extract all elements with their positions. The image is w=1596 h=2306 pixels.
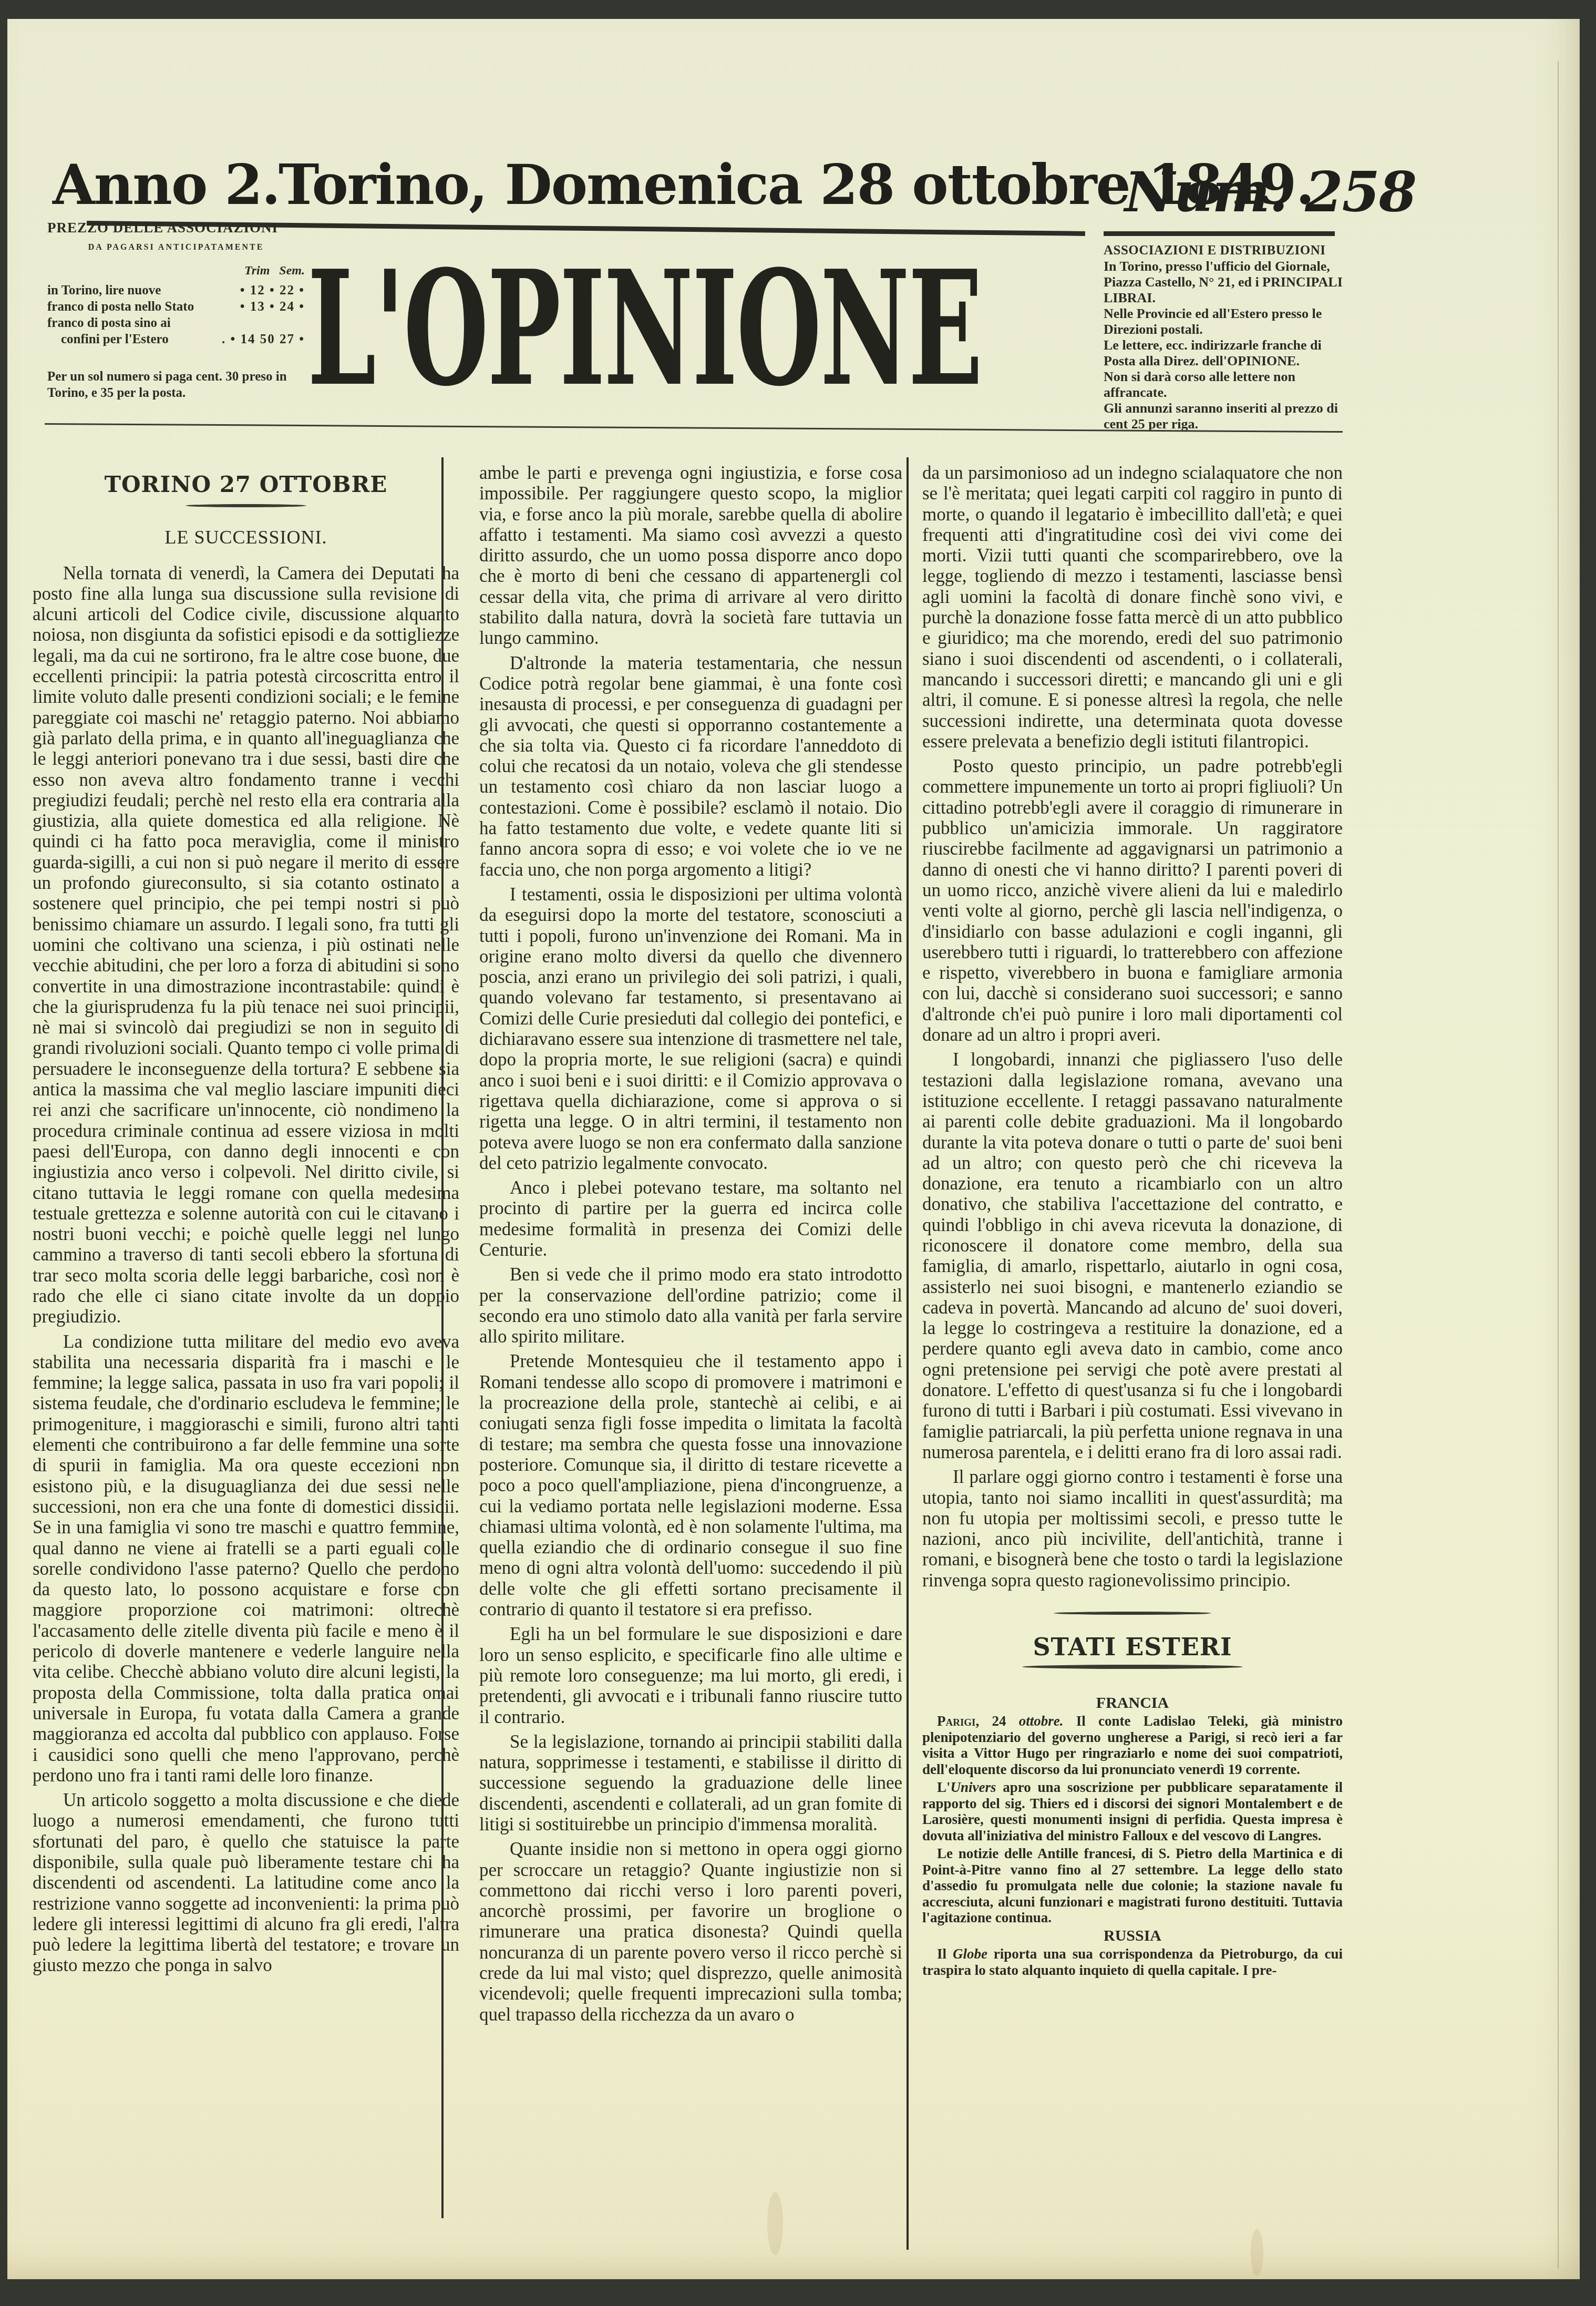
- price-label: confini per l'Estero: [61, 331, 169, 347]
- article-paragraph: I testamenti, ossia le disposizioni per …: [479, 884, 902, 1173]
- dateline: Anno 2. Torino, Domenica 28 ottobre 1849…: [53, 152, 1351, 221]
- divider-ornament: [1022, 1665, 1243, 1669]
- article-paragraph: La condizione tutta militare del medio e…: [33, 1331, 459, 1786]
- price-label: franco di posta sino ai: [47, 315, 171, 331]
- price-row: confini per l'Estero. • 14 50 27 •: [47, 331, 305, 347]
- column-2: ambe le parti e prevenga ogni ingiustizi…: [479, 463, 902, 2029]
- article-paragraph: da un parsimonioso ad un indegno scialaq…: [922, 463, 1343, 752]
- news-paragraph: Il Globe riporta una sua corrispondenza …: [922, 1946, 1343, 1978]
- lead: Il: [937, 1946, 946, 1962]
- news-paragraph: L'Univers apro una soscrizione per pubbl…: [922, 1779, 1343, 1843]
- article-paragraph: Ben si vede che il primo modo era stato …: [479, 1264, 902, 1347]
- country-heading: RUSSIA: [922, 1928, 1343, 1944]
- paper-stain: [767, 2192, 783, 2255]
- issue-number: Num. 258: [1125, 160, 1416, 224]
- price-label: in Torino, lire nuove: [47, 282, 161, 299]
- section-divider-ornament: [186, 504, 306, 507]
- paper-stain: [1251, 2229, 1263, 2276]
- article-paragraph: Nella tornata di venerdì, la Camera dei …: [33, 563, 459, 1327]
- news-paragraph: Parigi, 24 ottobre. Il conte Ladislao Te…: [922, 1713, 1343, 1777]
- prices-subheading: DA PAGARSI ANTICIPATAMENTE: [47, 239, 305, 255]
- publication-name: Globe: [953, 1946, 987, 1962]
- column-divider: [907, 457, 909, 2250]
- subscription-info: ASSOCIAZIONI E DISTRIBUZIONI In Torino, …: [1104, 243, 1351, 432]
- news-text: Le notizie delle Antille francesi, di S.…: [922, 1846, 1343, 1925]
- assoc-line: Gli annunzi saranno inseriti al prezzo d…: [1104, 401, 1351, 432]
- newspaper-title: L'OPINIONE: [307, 239, 793, 418]
- column-1: TORINO 27 OTTOBRE LE SUCCESSIONI. Nella …: [33, 463, 459, 1980]
- foreign-news: STATI ESTERI FRANCIA Parigi, 24 ottobre.…: [922, 1612, 1343, 1978]
- price-values: • 13 • 24 •: [240, 299, 305, 315]
- assoc-line: Nelle Provincie ed all'Estero presso le …: [1104, 306, 1351, 337]
- article-paragraph: Quante insidie non si mettono in opera o…: [479, 1839, 902, 2025]
- column-3: da un parsimonioso ad un indegno scialaq…: [922, 463, 1343, 1980]
- prices-columns: Trim Sem.: [47, 263, 305, 279]
- price-row: in Torino, lire nuove• 12 • 22 •: [47, 282, 305, 299]
- article-paragraph: Il parlare oggi giorno contro i testamen…: [922, 1467, 1343, 1591]
- divider-ornament: [1054, 1612, 1211, 1615]
- col-sem: Sem.: [279, 264, 305, 278]
- assoc-line: Non si darà corso alle lettere non affra…: [1104, 369, 1351, 401]
- masthead-rule-top-right: [1104, 231, 1335, 236]
- article-paragraph: I longobardi, innanzi che pigliassero l'…: [922, 1049, 1343, 1462]
- article-paragraph: ambe le parti e prevenga ogni ingiustizi…: [479, 463, 902, 649]
- price-row: franco di posta sino ai: [47, 315, 305, 331]
- col-trim: Trim: [244, 264, 270, 278]
- price-label: franco di posta nello Stato: [47, 299, 194, 315]
- assoc-heading: ASSOCIAZIONI E DISTRIBUZIONI: [1104, 243, 1351, 259]
- article-paragraph: Se la legislazione, tornando ai principi…: [479, 1731, 902, 1834]
- country-heading: FRANCIA: [922, 1695, 1343, 1711]
- article-title: LE SUCCESSIONI.: [33, 527, 459, 548]
- dateline-lead: Parigi, 24: [937, 1713, 1006, 1729]
- single-issue-price: Per un sol numero si paga cent. 30 preso…: [47, 368, 305, 401]
- article-paragraph: Anco i plebei potevano testare, ma solta…: [479, 1177, 902, 1260]
- price-values: • 12 • 22 •: [240, 282, 305, 299]
- news-paragraph: Le notizie delle Antille francesi, di S.…: [922, 1846, 1343, 1926]
- lead: L': [937, 1779, 951, 1795]
- prices-heading: PREZZO DELLE ASSOCIAZIONI: [47, 220, 305, 236]
- article-paragraph: Egli ha un bel formulare le sue disposiz…: [479, 1624, 902, 1727]
- article-paragraph: Pretende Montesquieu che il testamento a…: [479, 1351, 902, 1620]
- section-heading: STATI ESTERI: [922, 1639, 1343, 1655]
- dateline-italic: ottobre.: [1019, 1713, 1064, 1729]
- price-row: franco di posta nello Stato• 13 • 24 •: [47, 299, 305, 315]
- assoc-line: Le lettere, ecc. indirizzarle franche di…: [1104, 337, 1351, 369]
- page-edge-fold: [1558, 61, 1559, 2269]
- subscription-prices: PREZZO DELLE ASSOCIAZIONI DA PAGARSI ANT…: [47, 220, 305, 401]
- publication-name: Univers: [951, 1779, 996, 1795]
- article-paragraph: Posto questo principio, un padre potrebb…: [922, 756, 1343, 1045]
- volume-year: Anno 2.: [53, 152, 280, 217]
- assoc-line: In Torino, presso l'ufficio del Giornale…: [1104, 259, 1351, 306]
- section-heading: TORINO 27 OTTOBRE: [33, 474, 459, 495]
- price-values: . • 14 50 27 •: [222, 331, 305, 347]
- article-paragraph: D'altronde la materia testamentaria, che…: [479, 653, 902, 880]
- article-paragraph: Un articolo soggetto a molta discussione…: [33, 1790, 459, 1976]
